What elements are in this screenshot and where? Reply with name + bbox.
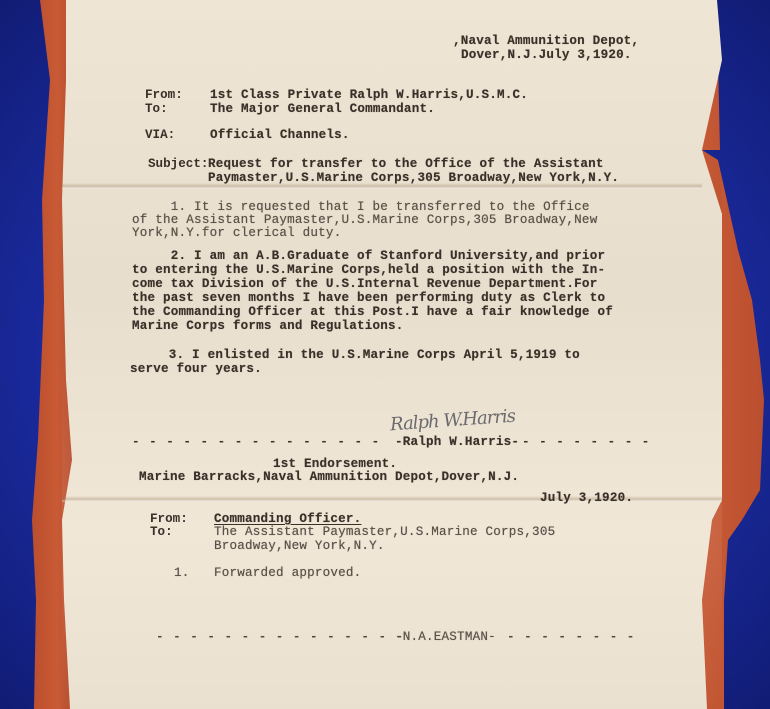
endorsement-dash-line-right: - - - - - - - - bbox=[507, 630, 635, 644]
via-value: Official Channels. bbox=[210, 128, 350, 142]
endorsement-from-value: Commanding Officer. bbox=[214, 512, 361, 526]
signature-dash-line-left: - - - - - - - - - - - - - - - bbox=[132, 435, 380, 449]
paragraph-2-line: to entering the U.S.Marine Corps,held a … bbox=[132, 263, 605, 277]
endorsement-to-label: To: bbox=[150, 525, 173, 539]
signature-dash-line-right: - - - - - - - - bbox=[522, 435, 650, 449]
paragraph-1-line: of the Assistant Paymaster,U.S.Marine Co… bbox=[132, 213, 597, 227]
paragraph-2-line: come tax Division of the U.S.Internal Re… bbox=[132, 277, 597, 291]
endorsement-dash-line-left: - - - - - - - - - - - - - - - bbox=[156, 630, 404, 644]
via-label: VIA: bbox=[145, 128, 175, 142]
subject-line-1: Request for transfer to the Office of th… bbox=[208, 157, 604, 171]
paragraph-1-line: 1. It is requested that I be transferred… bbox=[132, 200, 590, 214]
from-label: From: bbox=[145, 88, 183, 102]
to-label: To: bbox=[145, 102, 168, 116]
header-location: ,Naval Ammunition Depot, bbox=[453, 34, 639, 48]
paragraph-2-line: 2. I am an A.B.Graduate of Stanford Univ… bbox=[132, 249, 605, 263]
paragraph-3-line: 3. I enlisted in the U.S.Marine Corps Ap… bbox=[130, 348, 580, 362]
paragraph-2-line: the past seven months I have been perfor… bbox=[132, 291, 605, 305]
paragraph-2-line: Marine Corps forms and Regulations. bbox=[132, 319, 404, 333]
paragraph-1-line: York,N.Y.for clerical duty. bbox=[132, 226, 341, 240]
typed-signature: -Ralph W.Harris- bbox=[395, 435, 519, 449]
endorsement-location: Marine Barracks,Naval Ammunition Depot,D… bbox=[139, 470, 519, 484]
subject-label: Subject: bbox=[148, 157, 208, 171]
endorsement-from-label: From: bbox=[150, 512, 188, 526]
endorsement-title: 1st Endorsement. bbox=[273, 457, 397, 471]
endorsement-to-value-line-1: The Assistant Paymaster,U.S.Marine Corps… bbox=[214, 525, 555, 539]
endorsement-typed-signature: -N.A.EASTMAN- bbox=[395, 630, 496, 644]
from-value: 1st Class Private Ralph W.Harris,U.S.M.C… bbox=[210, 88, 528, 102]
paragraph-3-line: serve four years. bbox=[130, 362, 262, 376]
subject-line-2: Paymaster,U.S.Marine Corps,305 Broadway,… bbox=[208, 171, 619, 185]
to-value: The Major General Commandant. bbox=[210, 102, 435, 116]
header-date: Dover,N.J.July 3,1920. bbox=[461, 48, 632, 62]
endorsement-item-number: 1. bbox=[174, 566, 190, 580]
endorsement-to-value-line-2: Broadway,New York,N.Y. bbox=[214, 539, 385, 553]
paragraph-2-line: the Commanding Officer at this Post.I ha… bbox=[132, 305, 613, 319]
endorsement-item-text: Forwarded approved. bbox=[214, 566, 361, 580]
endorsement-date: July 3,1920. bbox=[540, 491, 633, 505]
